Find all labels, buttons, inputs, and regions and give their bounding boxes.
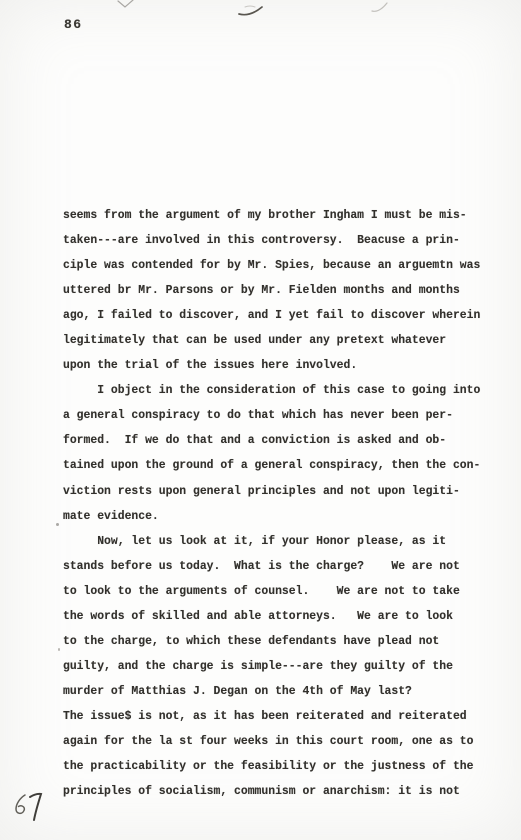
text-line: ciple was contended for by Mr. Spies, be… (63, 253, 481, 278)
text-line: The issue$ is not, as it has been reiter… (63, 704, 481, 729)
text-line: again for the la st four weeks in this c… (63, 729, 481, 754)
scanned-document-page: 86 seems from the argument of my brother… (0, 0, 521, 840)
text-line: murder of Matthias J. Degan on the 4th o… (63, 679, 481, 704)
text-line: mate evidence. (63, 504, 481, 529)
typewritten-text-block: seems from the argument of my brother In… (63, 203, 503, 804)
text-line: legitimately that can be used under any … (63, 328, 481, 353)
text-line: to the charge, to which these defendants… (63, 629, 481, 654)
pencil-dot-icon (58, 648, 60, 651)
text-line: guilty, and the charge is simple---are t… (63, 654, 481, 679)
text-line: the practicability or the feasibility or… (63, 754, 481, 779)
pencil-curved-dash-icon (237, 4, 265, 18)
text-line: viction rests upon general principles an… (63, 479, 481, 504)
text-line: formed. If we do that and a conviction i… (63, 428, 481, 453)
text-line: uttered br Mr. Parsons or by Mr. Fielden… (63, 278, 481, 303)
text-line: tained upon the ground of a general cons… (63, 453, 481, 478)
text-line: upon the trial of the issues here involv… (63, 353, 481, 378)
page-number: 86 (64, 17, 83, 32)
text-line: seems from the argument of my brother In… (63, 203, 481, 228)
text-line: a general conspiracy to do that which ha… (63, 403, 481, 428)
pencil-squiggle-icon (371, 1, 389, 14)
pencil-dot-icon (56, 523, 59, 526)
text-line: principles of socialism, communism or an… (63, 779, 481, 804)
text-line: taken---are involved in this controversy… (63, 228, 481, 253)
pencil-check-mark-icon (117, 0, 135, 10)
text-line: to look to the arguments of counsel. We … (63, 579, 481, 604)
text-line: the words of skilled and able attorneys.… (63, 604, 481, 629)
text-line: I object in the consideration of this ca… (63, 378, 481, 403)
text-line: ago, I failed to discover, and I yet fai… (63, 303, 481, 328)
text-line: Now, let us look at it, if your Honor pl… (63, 529, 481, 554)
handwritten-page-number (10, 788, 48, 828)
text-line: stands before us today. What is the char… (63, 554, 481, 579)
